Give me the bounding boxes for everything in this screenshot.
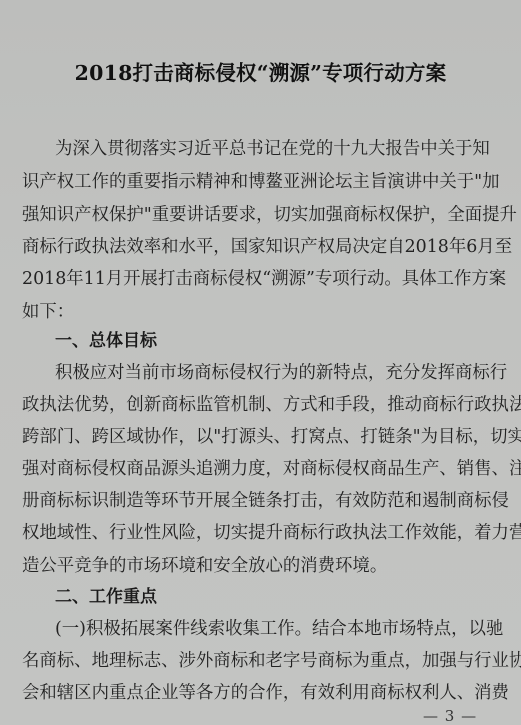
- document-title: 2018打击商标侵权“溯源”专项行动方案: [0, 56, 521, 86]
- body-line: 册商标标识制造等环节开展全链条打击，有效防范和遏制商标侵: [22, 490, 484, 512]
- body-line: (一)积极拓展案件线索收集工作。结合本地市场特点，以驰: [55, 618, 484, 640]
- body-line: 会和辖区内重点企业等各方的合作，有效利用商标权利人、消费: [22, 682, 484, 704]
- body-line: 跨部门、跨区域协作，以"打源头、打窝点、打链条"为目标，切实加: [22, 426, 484, 448]
- body-line: 权地域性、行业性风险，切实提升商标行政执法工作效能，着力营: [22, 522, 484, 544]
- section-heading-overall-goal: 一、总体目标: [55, 330, 157, 352]
- intro-line: 如下：: [22, 301, 484, 323]
- intro-line: 为深入贯彻落实习近平总书记在党的十九大报告中关于知: [55, 138, 484, 160]
- body-line: 造公平竞争的市场环境和安全放心的消费环境。: [22, 555, 484, 577]
- body-line: 名商标、地理标志、涉外商标和老字号商标为重点，加强与行业协: [22, 650, 484, 672]
- document-page: 2018打击商标侵权“溯源”专项行动方案 为深入贯彻落实习近平总书记在党的十九大…: [0, 0, 521, 725]
- intro-line: 商标行政执法效率和水平，国家知识产权局决定自2018年6月至: [22, 236, 484, 258]
- intro-line: 2018年11月开展打击商标侵权“溯源”专项行动。具体工作方案: [22, 268, 484, 290]
- body-line: 政执法优势，创新商标监管机制、方式和手段，推动商标行政执法: [22, 394, 484, 416]
- page-number: — 3 —: [423, 706, 477, 725]
- intro-line: 识产权工作的重要指示精神和博鳌亚洲论坛主旨演讲中关于"加: [22, 171, 484, 193]
- intro-line: 强知识产权保护"重要讲话要求，切实加强商标权保护，全面提升: [22, 204, 484, 226]
- section-heading-work-focus: 二、工作重点: [55, 586, 157, 608]
- body-line: 强对商标侵权商品源头追溯力度，对商标侵权商品生产、销售、注: [22, 458, 484, 480]
- body-line: 积极应对当前市场商标侵权行为的新特点，充分发挥商标行: [55, 362, 484, 384]
